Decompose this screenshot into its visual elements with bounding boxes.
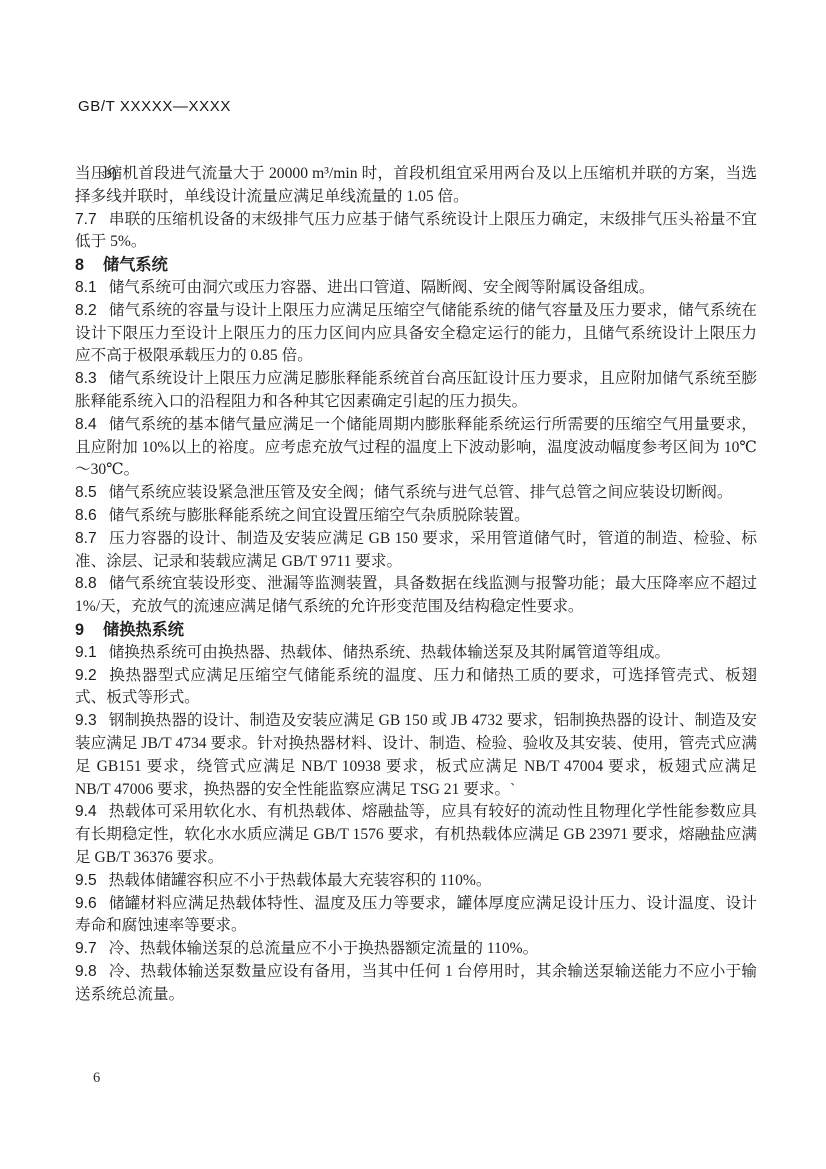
clause-number: 9.4 <box>75 803 97 820</box>
clause-paragraph: 7.7串联的压缩机设备的末级排气压力应基于储气系统设计上限压力确定，末级排气压头… <box>75 209 757 255</box>
list-marker: b) <box>104 163 117 186</box>
clause-paragraph: 9.7冷、热载体输送泵的总流量应不小于换热器额定流量的 110%。 <box>75 938 757 961</box>
clause-text: 储气系统的基本储气量应满足一个储能周期内膨胀释能系统运行所需要的压缩空气用量要求… <box>75 416 757 479</box>
clause-paragraph: 9.5热载体储罐容积应不小于热载体最大充装容积的 110%。 <box>75 870 757 893</box>
clause-text: 热载体储罐容积应不小于热载体最大充装容积的 110%。 <box>109 872 492 889</box>
clause-number: 9.6 <box>75 895 97 912</box>
document-page: GB/T XXXXX—XXXX b)当压缩机首段进气流量大于 20000 m³/… <box>0 0 826 1169</box>
clause-paragraph: 9.4热载体可采用软化水、有机热载体、熔融盐等，应具有较好的流动性且物理化学性能… <box>75 801 757 869</box>
clause-number: 7.7 <box>75 211 97 228</box>
clause-text: 储气系统的容量与设计上限压力应满足压缩空气储能系统的储气容量及压力要求，储气系统… <box>75 302 757 365</box>
clause-number: 9.5 <box>75 872 97 889</box>
clause-number: 9.8 <box>75 963 97 980</box>
list-item: b)当压缩机首段进气流量大于 20000 m³/min 时，首段机组宜采用两台及… <box>75 163 757 209</box>
page-number: 6 <box>93 1070 100 1087</box>
clause-number: 8.8 <box>75 575 97 592</box>
clause-text: 换热器型式应满足压缩空气储能系统的温度、压力和储热工质的要求，可选择管壳式、板翅… <box>75 667 757 707</box>
clause-paragraph: 8.6储气系统与膨胀释能系统之间宜设置压缩空气杂质脱除装置。 <box>75 505 757 528</box>
clause-paragraph: 9.6储罐材料应满足热载体特性、温度及压力等要求，罐体厚度应满足设计压力、设计温… <box>75 893 757 939</box>
clause-text: 储气系统设计上限压力应满足膨胀释能系统首台高压缸设计压力要求，且应附加储气系统至… <box>75 370 757 410</box>
clause-paragraph: 8.7压力容器的设计、制造及安装应满足 GB 150 要求，采用管道储气时，管道… <box>75 528 757 574</box>
clause-paragraph: 8.2储气系统的容量与设计上限压力应满足压缩空气储能系统的储气容量及压力要求，储… <box>75 300 757 368</box>
section-title: 储气系统 <box>103 256 168 274</box>
clause-number: 8.4 <box>75 416 97 433</box>
clause-paragraph: 8.8储气系统宜装设形变、泄漏等监测装置，具备数据在线监测与报警功能；最大压降率… <box>75 573 757 619</box>
clause-number: 8.6 <box>75 507 97 524</box>
clause-number: 9.3 <box>75 712 97 729</box>
clause-paragraph: 8.3储气系统设计上限压力应满足膨胀释能系统首台高压缸设计压力要求，且应附加储气… <box>75 368 757 414</box>
clause-text: 钢制换热器的设计、制造及安装应满足 GB 150 或 JB 4732 要求，铝制… <box>75 712 757 797</box>
section-heading: 8储气系统 <box>75 254 757 277</box>
section-number: 8 <box>75 256 84 274</box>
clause-number: 9.7 <box>75 940 97 957</box>
clause-text: 热载体可采用软化水、有机热载体、熔融盐等，应具有较好的流动性且物理化学性能参数应… <box>75 803 757 866</box>
clause-text: 冷、热载体输送泵的总流量应不小于换热器额定流量的 110%。 <box>109 940 539 957</box>
clause-paragraph: 9.2换热器型式应满足压缩空气储能系统的温度、压力和储热工质的要求，可选择管壳式… <box>75 665 757 711</box>
clause-number: 8.7 <box>75 530 97 547</box>
clause-text: 冷、热载体输送泵数量应设有备用，当其中任何 1 台停用时，其余输送泵输送能力不应… <box>75 963 757 1003</box>
clause-text: 储换热系统可由换热器、热载体、储热系统、热载体输送泵及其附属管道等组成。 <box>109 644 670 661</box>
clause-paragraph: 9.1储换热系统可由换热器、热载体、储热系统、热载体输送泵及其附属管道等组成。 <box>75 642 757 665</box>
clause-number: 8.3 <box>75 370 97 387</box>
section-heading: 9储换热系统 <box>75 619 757 642</box>
document-content: b)当压缩机首段进气流量大于 20000 m³/min 时，首段机组宜采用两台及… <box>75 163 757 1006</box>
clause-number: 9.1 <box>75 644 97 661</box>
clause-text: 储气系统应装设紧急泄压管及安全阀；储气系统与进气总管、排气总管之间应装设切断阀。 <box>109 484 733 501</box>
running-header: GB/T XXXXX—XXXX <box>78 98 231 115</box>
clause-paragraph: 8.4储气系统的基本储气量应满足一个储能周期内膨胀释能系统运行所需要的压缩空气用… <box>75 414 757 482</box>
clause-number: 8.2 <box>75 302 97 319</box>
clause-paragraph: 9.3钢制换热器的设计、制造及安装应满足 GB 150 或 JB 4732 要求… <box>75 710 757 801</box>
clause-text: 串联的压缩机设备的末级排气压力应基于储气系统设计上限压力确定，末级排气压头裕量不… <box>75 211 757 251</box>
clause-paragraph: 8.5储气系统应装设紧急泄压管及安全阀；储气系统与进气总管、排气总管之间应装设切… <box>75 482 757 505</box>
section-number: 9 <box>75 621 84 639</box>
clause-number: 8.1 <box>75 279 97 296</box>
clause-text: 储气系统与膨胀释能系统之间宜设置压缩空气杂质脱除装置。 <box>109 507 530 524</box>
clause-text: 当压缩机首段进气流量大于 20000 m³/min 时，首段机组宜采用两台及以上… <box>75 165 757 205</box>
clause-text: 储气系统可由洞穴或压力容器、进出口管道、隔断阀、安全阀等附属设备组成。 <box>109 279 655 296</box>
clause-number: 8.5 <box>75 484 97 501</box>
clause-text: 储气系统宜装设形变、泄漏等监测装置，具备数据在线监测与报警功能；最大压降率应不超… <box>75 575 757 615</box>
clause-paragraph: 9.8冷、热载体输送泵数量应设有备用，当其中任何 1 台停用时，其余输送泵输送能… <box>75 961 757 1007</box>
clause-text: 压力容器的设计、制造及安装应满足 GB 150 要求，采用管道储气时，管道的制造… <box>75 530 757 570</box>
clause-paragraph: 8.1储气系统可由洞穴或压力容器、进出口管道、隔断阀、安全阀等附属设备组成。 <box>75 277 757 300</box>
clause-text: 储罐材料应满足热载体特性、温度及压力等要求，罐体厚度应满足设计压力、设计温度、设… <box>75 895 757 935</box>
section-title: 储换热系统 <box>103 621 184 639</box>
clause-number: 9.2 <box>75 667 97 684</box>
